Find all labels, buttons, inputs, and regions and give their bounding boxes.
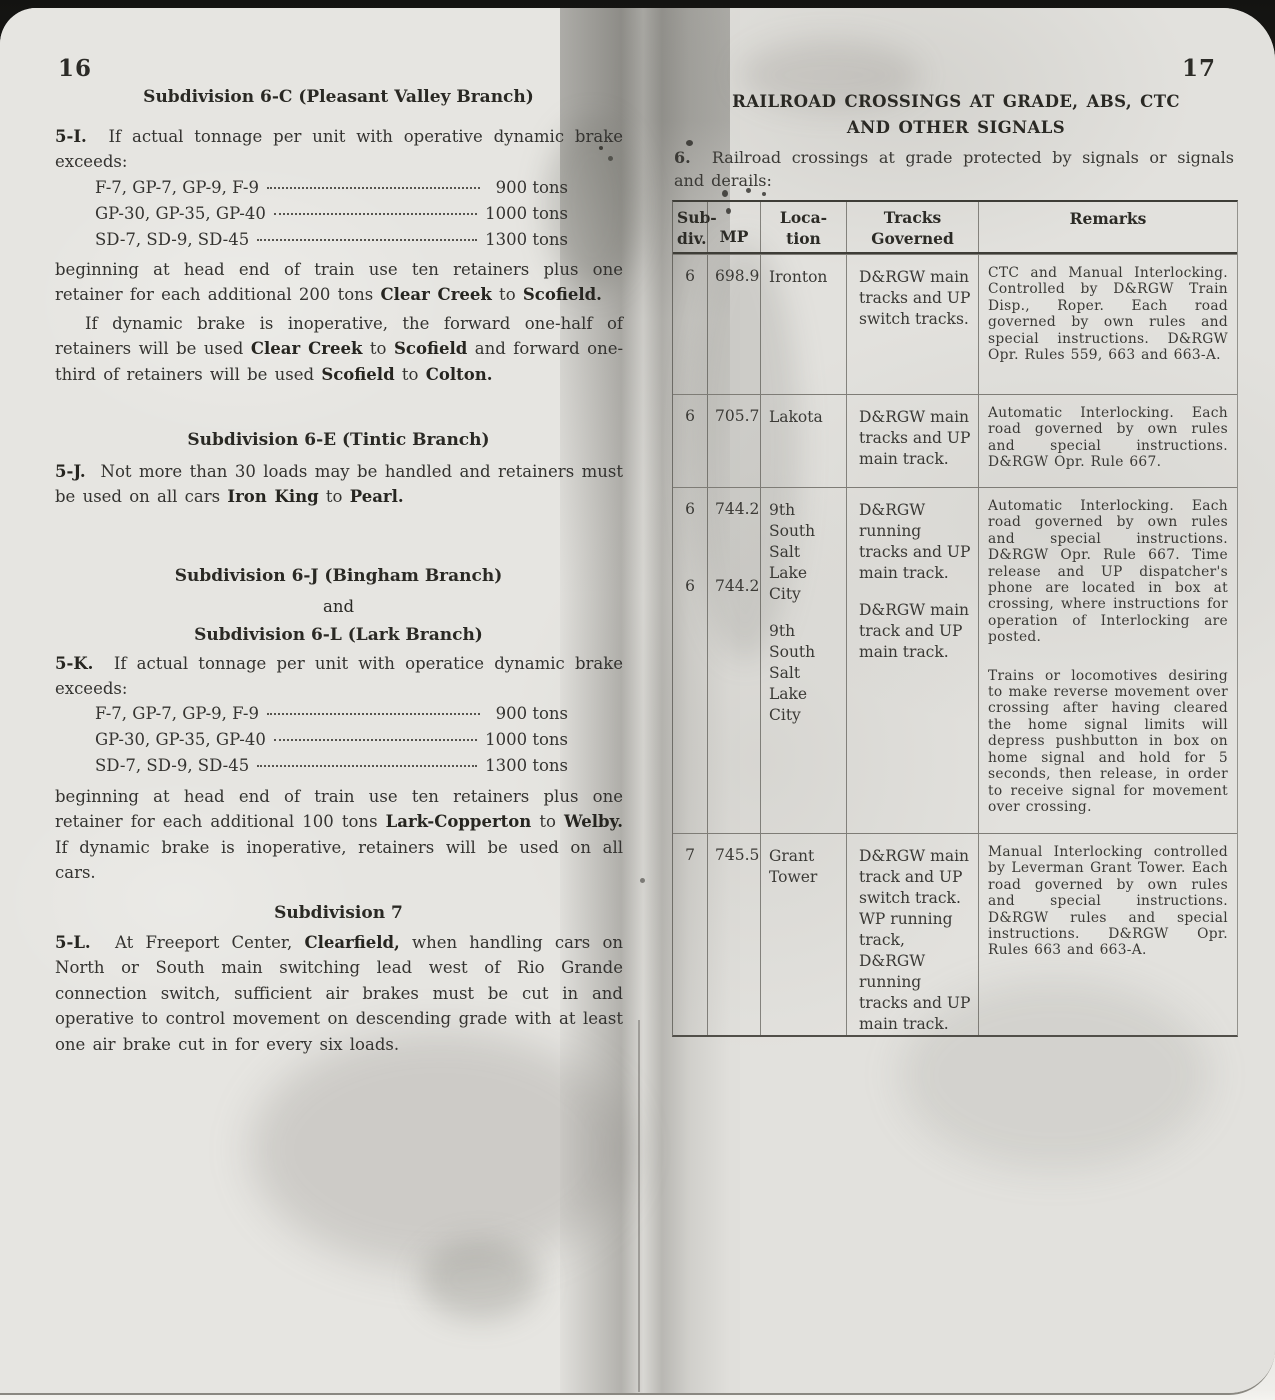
cell-mp: 698.9 bbox=[707, 255, 760, 394]
entry-location: 9th South Salt Lake City bbox=[769, 621, 843, 726]
tonnage-value: 1300 tons bbox=[485, 756, 568, 775]
entry-location: 9th South Salt Lake City bbox=[769, 500, 843, 605]
tonnage-value: 1000 tons bbox=[485, 730, 568, 749]
cell-tracks: D&RGW main tracks and UP main track. bbox=[846, 395, 978, 487]
cell-subdiv: 7 bbox=[673, 834, 707, 1035]
table-row-merged: 6 6 744.2 744.2 9th South Salt Lake City… bbox=[673, 487, 1237, 833]
heading-conjunction: and bbox=[55, 597, 622, 616]
tonnage-row: F-7, GP-7, GP-9, F-9 900 tons bbox=[95, 704, 568, 730]
table-row: 7 745.5 Grant Tower D&RGW main track and… bbox=[673, 833, 1237, 1035]
cell-remarks: Automatic Interlocking. Each road govern… bbox=[978, 395, 1237, 487]
page-title: RAILROAD CROSSINGS AT GRADE, ABS, CTC AN… bbox=[678, 89, 1234, 141]
rule-paragraph-5l: 5-L. At Freeport Center, Clearfield, whe… bbox=[55, 930, 623, 1057]
entry-subdiv: 6 bbox=[673, 577, 707, 595]
loco-classes: F-7, GP-7, GP-9, F-9 bbox=[95, 704, 259, 723]
tonnage-row: GP-30, GP-35, GP-40 1000 tons bbox=[95, 204, 568, 230]
cell-mp: 705.7 bbox=[707, 395, 760, 487]
cell-tracks: D&RGW main tracks and UP switch tracks. bbox=[846, 255, 978, 394]
page-number-right: 17 bbox=[1182, 55, 1216, 82]
cell-tracks: D&RGW running tracks and UP main track. … bbox=[846, 488, 978, 833]
loco-classes: GP-30, GP-35, GP-40 bbox=[95, 204, 266, 223]
ink-speck bbox=[640, 878, 645, 883]
heading-subdivision-6l: Subdivision 6-L (Lark Branch) bbox=[55, 625, 622, 645]
entry-tracks: D&RGW main track and UP main track. bbox=[859, 600, 973, 663]
dotted-leader bbox=[257, 765, 477, 767]
cell-remarks: Automatic Interlocking. Each road govern… bbox=[978, 488, 1237, 833]
dotted-leader bbox=[267, 187, 480, 189]
heading-subdivision-6j: Subdivision 6-J (Bingham Branch) bbox=[55, 566, 622, 586]
booklet-spread: 16 Subdivision 6-C (Pleasant Valley Bran… bbox=[0, 8, 1275, 1395]
tonnage-value: 900 tons bbox=[488, 178, 568, 197]
heading-subdivision-6e: Subdivision 6-E (Tintic Branch) bbox=[55, 430, 622, 450]
entry-mp: 744.2 bbox=[715, 500, 760, 518]
dotted-leader bbox=[274, 213, 477, 215]
remarks-paragraph: Manual Interlocking controlled by Leverm… bbox=[988, 844, 1228, 959]
loco-classes: GP-30, GP-35, GP-40 bbox=[95, 730, 266, 749]
table-row: 6 705.7 Lakota D&RGW main tracks and UP … bbox=[673, 394, 1237, 487]
page-number-left: 16 bbox=[58, 55, 92, 82]
remarks-paragraph: Trains or locomotives desiring to make r… bbox=[988, 668, 1228, 816]
heading-subdivision-6c: Subdivision 6-C (Pleasant Valley Branch) bbox=[55, 87, 622, 107]
heading-subdivision-7: Subdivision 7 bbox=[55, 903, 622, 923]
tonnage-row: SD-7, SD-9, SD-45 1300 tons bbox=[95, 756, 568, 782]
dotted-leader bbox=[257, 239, 477, 241]
binding-crease bbox=[638, 1020, 640, 1392]
header-mp: MP bbox=[707, 202, 760, 252]
paragraph-dynamic-brake: If dynamic brake is inoperative, the for… bbox=[55, 311, 623, 387]
remarks-paragraph: Automatic Interlocking. Each road govern… bbox=[988, 498, 1228, 646]
entry-subdiv: 6 bbox=[673, 500, 707, 518]
paragraph-retainers-2: beginning at head end of train use ten r… bbox=[55, 784, 623, 886]
rule-paragraph-5j: 5-J. Not more than 30 loads may be handl… bbox=[55, 459, 623, 510]
loco-classes: F-7, GP-7, GP-9, F-9 bbox=[95, 178, 259, 197]
tonnage-row: GP-30, GP-35, GP-40 1000 tons bbox=[95, 730, 568, 756]
loco-classes: SD-7, SD-9, SD-45 bbox=[95, 756, 249, 775]
cell-tracks: D&RGW main track and UP switch track. WP… bbox=[846, 834, 978, 1035]
dotted-leader bbox=[267, 713, 480, 715]
cell-location: Ironton bbox=[760, 255, 846, 394]
entry-mp: 744.2 bbox=[715, 577, 760, 595]
rule-paragraph-6: 6. Railroad crossings at grade protected… bbox=[674, 147, 1234, 192]
remarks-paragraph: Automatic Interlocking. Each road govern… bbox=[988, 405, 1228, 471]
scanned-sheet: 16 Subdivision 6-C (Pleasant Valley Bran… bbox=[0, 8, 1275, 1395]
tonnage-value: 1300 tons bbox=[485, 230, 568, 249]
cell-location: Lakota bbox=[760, 395, 846, 487]
paragraph-retainers-1: beginning at head end of train use ten r… bbox=[55, 257, 623, 308]
ink-speck bbox=[762, 192, 766, 196]
cell-location: 9th South Salt Lake City 9th South Salt … bbox=[760, 488, 846, 833]
tonnage-value: 1000 tons bbox=[485, 204, 568, 223]
loco-classes: SD-7, SD-9, SD-45 bbox=[95, 230, 249, 249]
header-remarks: Remarks bbox=[978, 202, 1237, 252]
tonnage-value: 900 tons bbox=[488, 704, 568, 723]
cell-mp: 744.2 744.2 bbox=[707, 488, 760, 833]
header-location: Loca- tion bbox=[760, 202, 846, 252]
dotted-leader bbox=[274, 739, 477, 741]
cell-remarks: Manual Interlocking controlled by Leverm… bbox=[978, 834, 1237, 1035]
table-header-row: Sub- div. MP Loca- tion Tracks Governed … bbox=[673, 202, 1237, 254]
cell-remarks: CTC and Manual Interlocking. Controlled … bbox=[978, 255, 1237, 394]
rule-paragraph-5i: 5-I. If actual tonnage per unit with ope… bbox=[55, 124, 623, 175]
cell-subdiv: 6 bbox=[673, 255, 707, 394]
table-row: 6 698.9 Ironton D&RGW main tracks and UP… bbox=[673, 254, 1237, 394]
tonnage-list-2: F-7, GP-7, GP-9, F-9 900 tons GP-30, GP-… bbox=[95, 704, 568, 782]
remarks-paragraph: CTC and Manual Interlocking. Controlled … bbox=[988, 265, 1228, 363]
tonnage-list-1: F-7, GP-7, GP-9, F-9 900 tons GP-30, GP-… bbox=[95, 178, 568, 256]
entry-tracks: D&RGW running tracks and UP main track. bbox=[859, 500, 973, 584]
header-tracks-governed: Tracks Governed bbox=[846, 202, 978, 252]
tonnage-row: F-7, GP-7, GP-9, F-9 900 tons bbox=[95, 178, 568, 204]
cell-location: Grant Tower bbox=[760, 834, 846, 1035]
rule-paragraph-5k: 5-K. If actual tonnage per unit with ope… bbox=[55, 651, 623, 702]
cell-subdiv: 6 bbox=[673, 395, 707, 487]
cell-mp: 745.5 bbox=[707, 834, 760, 1035]
tonnage-row: SD-7, SD-9, SD-45 1300 tons bbox=[95, 230, 568, 256]
crossings-table: Sub- div. MP Loca- tion Tracks Governed … bbox=[672, 200, 1238, 1037]
header-subdiv: Sub- div. bbox=[673, 202, 707, 252]
cell-subdiv: 6 6 bbox=[673, 488, 707, 833]
